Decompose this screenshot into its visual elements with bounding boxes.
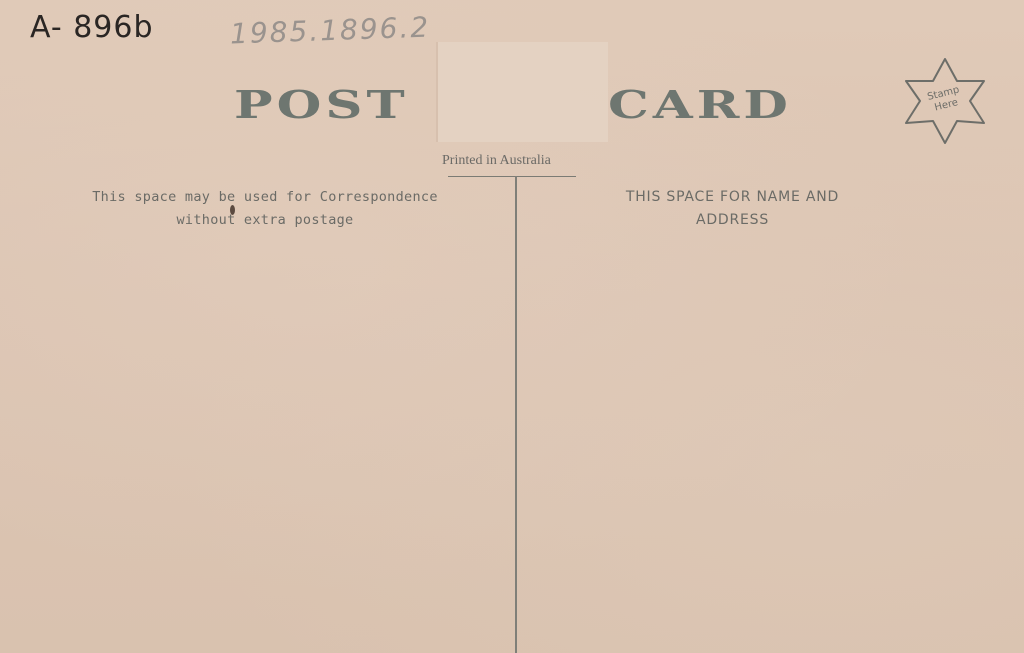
divider-line	[515, 176, 517, 653]
correspondence-line2: without extra postage	[40, 209, 490, 232]
address-line1: THIS SPACE FOR NAME AND	[580, 186, 885, 209]
paper-discoloration	[436, 42, 608, 142]
ink-stain	[230, 205, 235, 215]
heading-post: POST	[234, 82, 409, 127]
horizontal-rule	[448, 176, 576, 177]
correspondence-label: This space may be used for Correspondenc…	[40, 186, 490, 232]
catalog-number-ink: A- 896b	[30, 10, 154, 45]
address-label: THIS SPACE FOR NAME AND ADDRESS	[580, 186, 885, 232]
printed-in-australia: Printed in Australia	[442, 153, 551, 169]
heading-card: CARD	[608, 82, 792, 127]
correspondence-line1: This space may be used for Correspondenc…	[40, 186, 490, 209]
address-line2: ADDRESS	[580, 209, 885, 232]
postcard-back: A- 896b 1985.1896.2 POST CARD Stamp Here…	[0, 0, 1024, 653]
catalog-number-pencil: 1985.1896.2	[229, 11, 430, 51]
